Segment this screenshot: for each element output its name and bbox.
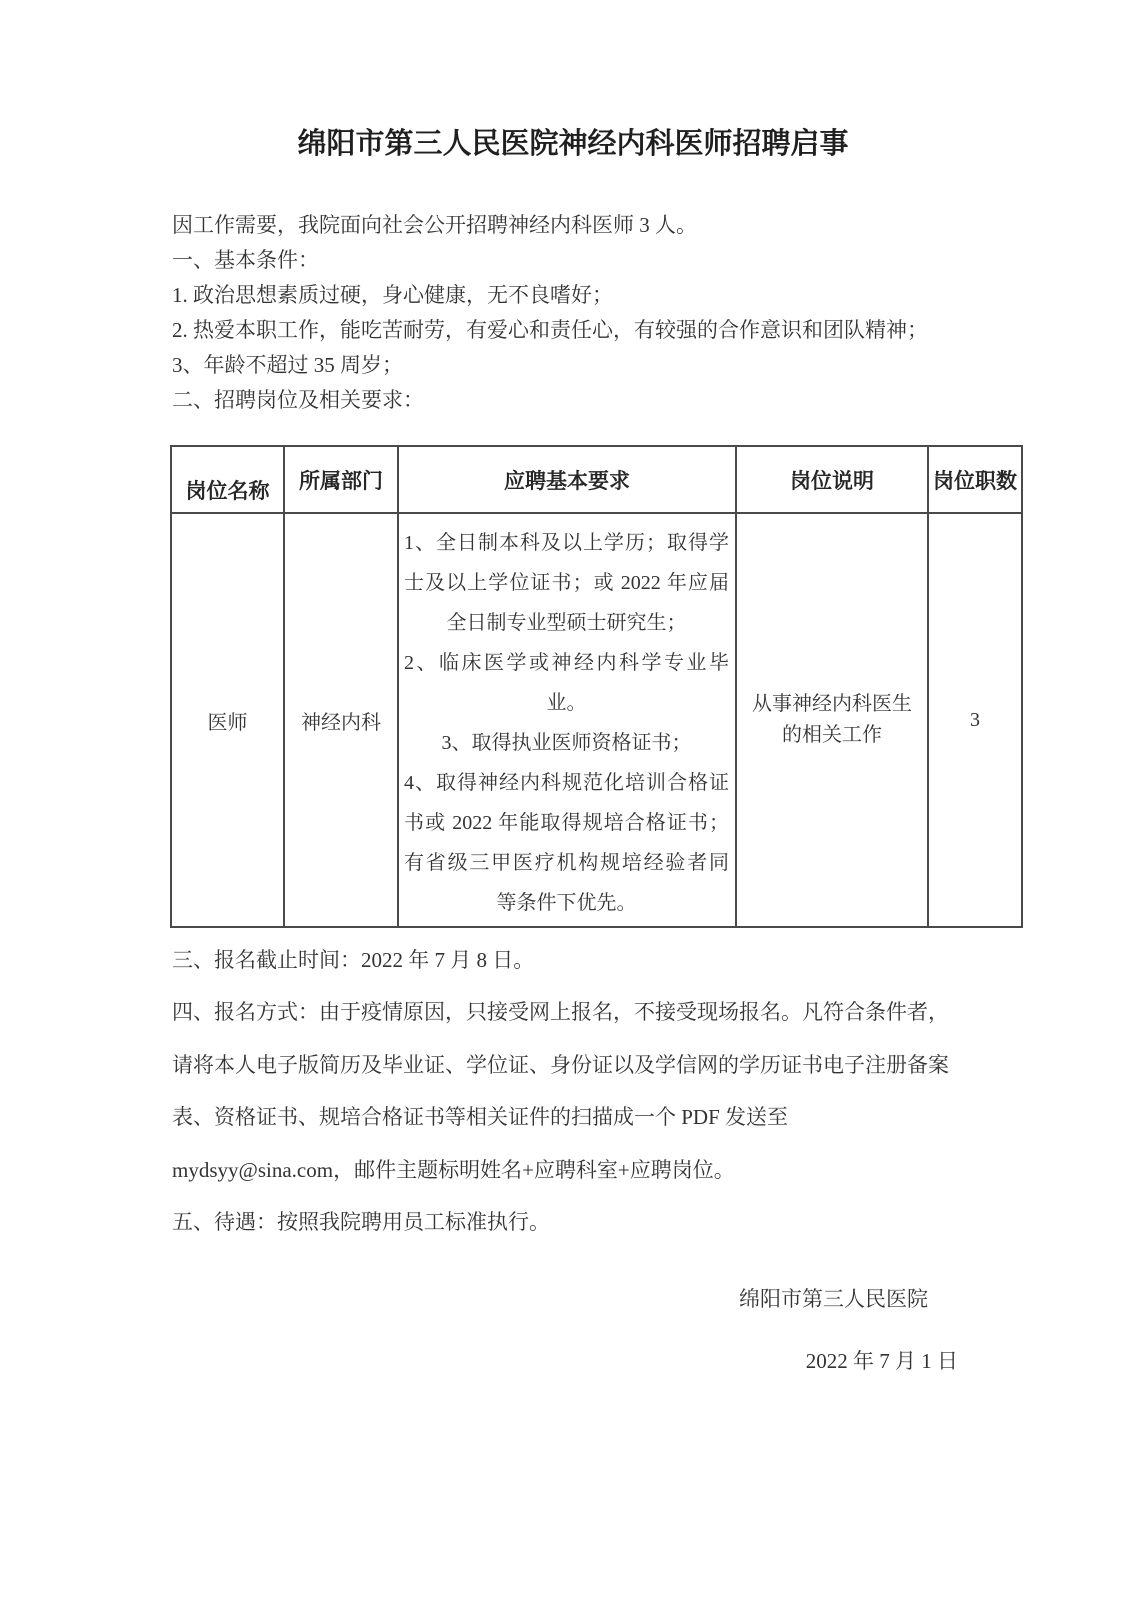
requirement-line: 士及以上学位证书；或 2022 年应届 xyxy=(404,563,729,603)
header-cell-description: 岗位说明 xyxy=(736,446,928,513)
requirement-line: 3、取得执业医师资格证书； xyxy=(404,723,729,763)
job-description-line: 从事神经内科医生 xyxy=(738,689,926,720)
requirement-line: 有省级三甲医疗机构规培经验者同 xyxy=(404,843,729,883)
signature-hospital-name: 绵阳市第三人民医院 xyxy=(739,1283,928,1313)
section-4-application-line-2: 请将本人电子版简历及毕业证、学位证、身份证以及学信网的学历证书电子注册备案 xyxy=(172,1052,949,1079)
requirement-line: 1、全日制本科及以上学历；取得学 xyxy=(404,523,729,563)
cell-position-name: 医师 xyxy=(171,513,284,927)
condition-item-3: 3、年龄不超过 35 周岁； xyxy=(172,352,403,379)
cell-headcount: 3 xyxy=(928,513,1022,927)
job-description-line: 的相关工作 xyxy=(738,720,926,751)
section-3-deadline: 三、报名截止时间：2022 年 7 月 8 日。 xyxy=(172,947,534,974)
page-title: 绵阳市第三人民医院神经内科医师招聘启事 xyxy=(170,121,976,162)
section-1-heading: 一、基本条件： xyxy=(172,247,319,274)
header-cell-department: 所属部门 xyxy=(284,446,398,513)
requirement-line: 等条件下优先。 xyxy=(404,883,729,923)
section-4-application-line-3: 表、资格证书、规培合格证书等相关证件的扫描成一个 PDF 发送至 xyxy=(172,1104,788,1131)
condition-item-1: 1. 政治思想素质过硬，身心健康，无不良嗜好； xyxy=(172,282,613,309)
cell-job-description: 从事神经内科医生 的相关工作 xyxy=(736,513,928,927)
requirement-line: 4、取得神经内科规范化培训合格证 xyxy=(404,763,729,803)
section-4-application-email-line: mydsyy@sina.com，邮件主题标明姓名+应聘科室+应聘岗位。 xyxy=(172,1157,735,1184)
requirement-line: 全日制专业型硕士研究生； xyxy=(404,603,729,643)
section-5-salary: 五、待遇：按照我院聘用员工标准执行。 xyxy=(172,1209,550,1236)
header-cell-headcount: 岗位职数 xyxy=(928,446,1022,513)
header-cell-requirements: 应聘基本要求 xyxy=(398,446,736,513)
document-page: 绵阳市第三人民医院神经内科医师招聘启事 因工作需要，我院面向社会公开招聘神经内科… xyxy=(0,0,1131,1600)
condition-item-2: 2. 热爱本职工作，能吃苦耐劳，有爱心和责任心，有较强的合作意识和团队精神； xyxy=(172,317,928,344)
recruitment-table: 岗位名称 所属部门 应聘基本要求 岗位说明 岗位职数 医师 神经内科 1、全日制… xyxy=(170,445,1023,928)
requirement-line: 书或 2022 年能取得规培合格证书； xyxy=(404,803,729,843)
requirement-line: 2、临床医学或神经内科学专业毕 xyxy=(404,643,729,683)
table-row: 医师 神经内科 1、全日制本科及以上学历；取得学 士及以上学位证书；或 2022… xyxy=(171,513,1022,927)
section-4-application-line-1: 四、报名方式：由于疫情原因，只接受网上报名，不接受现场报名。凡符合条件者， xyxy=(172,999,949,1026)
section-2-heading: 二、招聘岗位及相关要求： xyxy=(172,387,424,414)
table-header-row: 岗位名称 所属部门 应聘基本要求 岗位说明 岗位职数 xyxy=(171,446,1022,513)
cell-requirements: 1、全日制本科及以上学历；取得学 士及以上学位证书；或 2022 年应届 全日制… xyxy=(398,513,736,927)
signature-date: 2022 年 7 月 1 日 xyxy=(806,1345,958,1375)
requirement-line: 业。 xyxy=(404,683,729,723)
cell-department: 神经内科 xyxy=(284,513,398,927)
intro-paragraph: 因工作需要，我院面向社会公开招聘神经内科医师 3 人。 xyxy=(172,212,697,239)
header-cell-position-name: 岗位名称 xyxy=(171,446,284,513)
